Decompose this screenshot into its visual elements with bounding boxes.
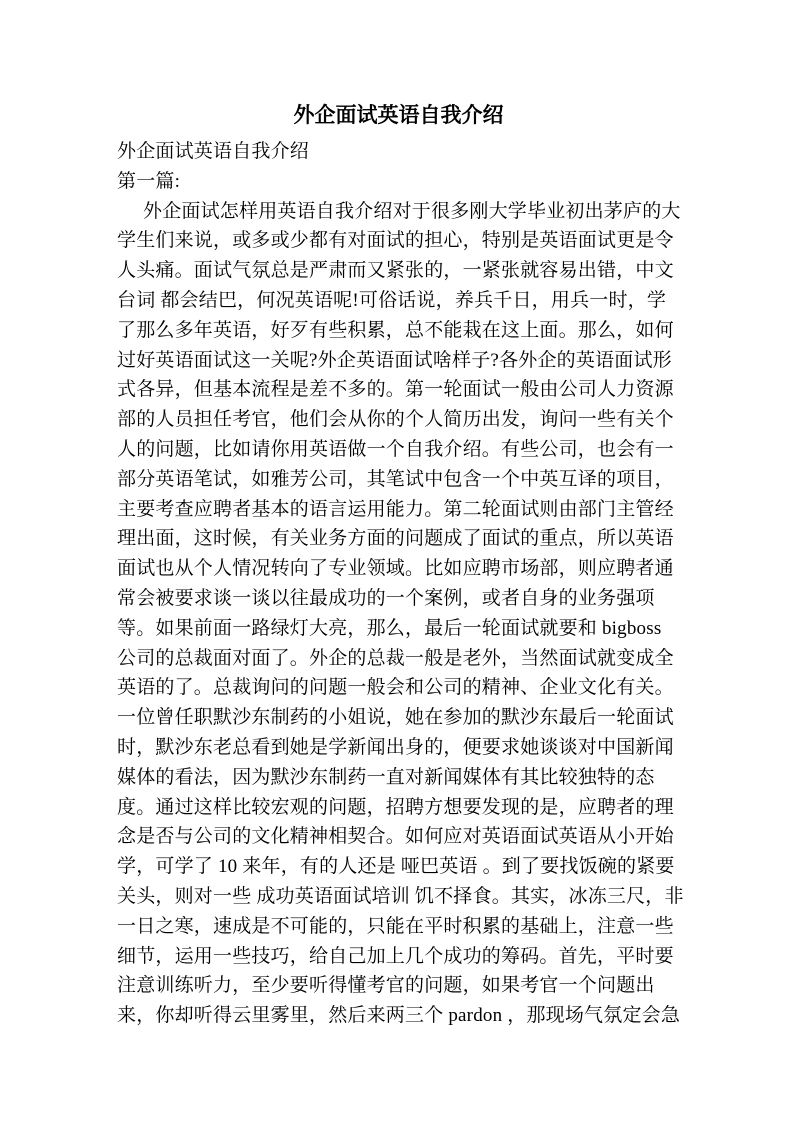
text-line: 媒体的看法，因为默沙东制药一直对新闻媒体有其比较独特的态 <box>117 763 680 793</box>
section-label: 第一篇: <box>117 167 680 197</box>
text-line: 部的人员担任考官，他们会从你的个人简历出发，询问一些有关个 <box>117 405 680 435</box>
text-line: 细节，运用一些技巧，给自己加上几个成功的筹码。首先，平时要 <box>117 942 680 972</box>
text-line: 理出面，这时候，有关业务方面的问题成了面试的重点，所以英语 <box>117 524 680 554</box>
text-line: 面试也从个人情况转向了专业领域。比如应聘市场部，则应聘者通 <box>117 554 680 584</box>
document-body: 外企面试英语自我介绍 第一篇: 外企面试怎样用英语自我介绍对于很多刚大学毕业初出… <box>117 137 680 1031</box>
text-line: 关头，则对一些 成功英语面试培训 饥不择食。其实，冰冻三尺，非 <box>117 882 680 912</box>
text-line: 外企面试怎样用英语自我介绍对于很多刚大学毕业初出茅庐的大 <box>117 197 680 227</box>
text-line: 等。如果前面一路绿灯大亮，那么，最后一轮面试就要和 bigboss <box>117 614 680 644</box>
text-line: 度。通过这样比较宏观的问题，招聘方想要发现的是，应聘者的理 <box>117 793 680 823</box>
text-line: 注意训练听力，至少要听得懂考官的问题，如果考官一个问题出 <box>117 971 680 1001</box>
text-line: 人的问题，比如请你用英语做一个自我介绍。有些公司，也会有一 <box>117 435 680 465</box>
text-line: 一日之寒，速成是不可能的，只能在平时积累的基础上，注意一些 <box>117 912 680 942</box>
text-line: 学生们来说，或多或少都有对面试的担心，特别是英语面试更是令 <box>117 226 680 256</box>
text-line: 人头痛。面试气氛总是严肃而又紧张的，一紧张就容易出错，中文 <box>117 256 680 286</box>
text-line: 时，默沙东老总看到她是学新闻出身的，便要求她谈谈对中国新闻 <box>117 733 680 763</box>
text-line: 一位曾任职默沙东制药的小姐说，她在参加的默沙东最后一轮面试 <box>117 703 680 733</box>
text-line: 来，你却听得云里雾里，然后来两三个 pardon ，那现场气氛定会急 <box>117 1001 680 1031</box>
text-line: 台词 都会结巴，何况英语呢!可俗话说，养兵千日，用兵一时，学 <box>117 286 680 316</box>
document-page: 外企面试英语自我介绍 外企面试英语自我介绍 第一篇: 外企面试怎样用英语自我介绍… <box>0 0 794 1123</box>
document-subtitle: 外企面试英语自我介绍 <box>117 137 680 167</box>
text-line: 英语的了。总裁询问的问题一般会和公司的精神、企业文化有关。 <box>117 673 680 703</box>
text-line: 主要考查应聘者基本的语言运用能力。第二轮面试则由部门主管经 <box>117 495 680 525</box>
text-line: 公司的总裁面对面了。外企的总裁一般是老外，当然面试就变成全 <box>117 644 680 674</box>
document-title: 外企面试英语自我介绍 <box>117 98 680 132</box>
text-line: 学，可学了 10 来年，有的人还是 哑巴英语 。到了要找饭碗的紧要 <box>117 852 680 882</box>
text-line: 式各异，但基本流程是差不多的。第一轮面试一般由公司人力资源 <box>117 375 680 405</box>
text-line: 了那么多年英语，好歹有些积累，总不能栽在这上面。那么，如何 <box>117 316 680 346</box>
text-line: 部分英语笔试，如雅芳公司，其笔试中包含一个中英互译的项目， <box>117 465 680 495</box>
paragraph-text: 外企面试怎样用英语自我介绍对于很多刚大学毕业初出茅庐的大学生们来说，或多或少都有… <box>117 197 680 1031</box>
text-line: 过好英语面试这一关呢?外企英语面试啥样子?各外企的英语面试形 <box>117 346 680 376</box>
text-line: 念是否与公司的文化精神相契合。如何应对英语面试英语从小开始 <box>117 822 680 852</box>
text-line: 常会被要求谈一谈以往最成功的一个案例，或者自身的业务强项 <box>117 584 680 614</box>
